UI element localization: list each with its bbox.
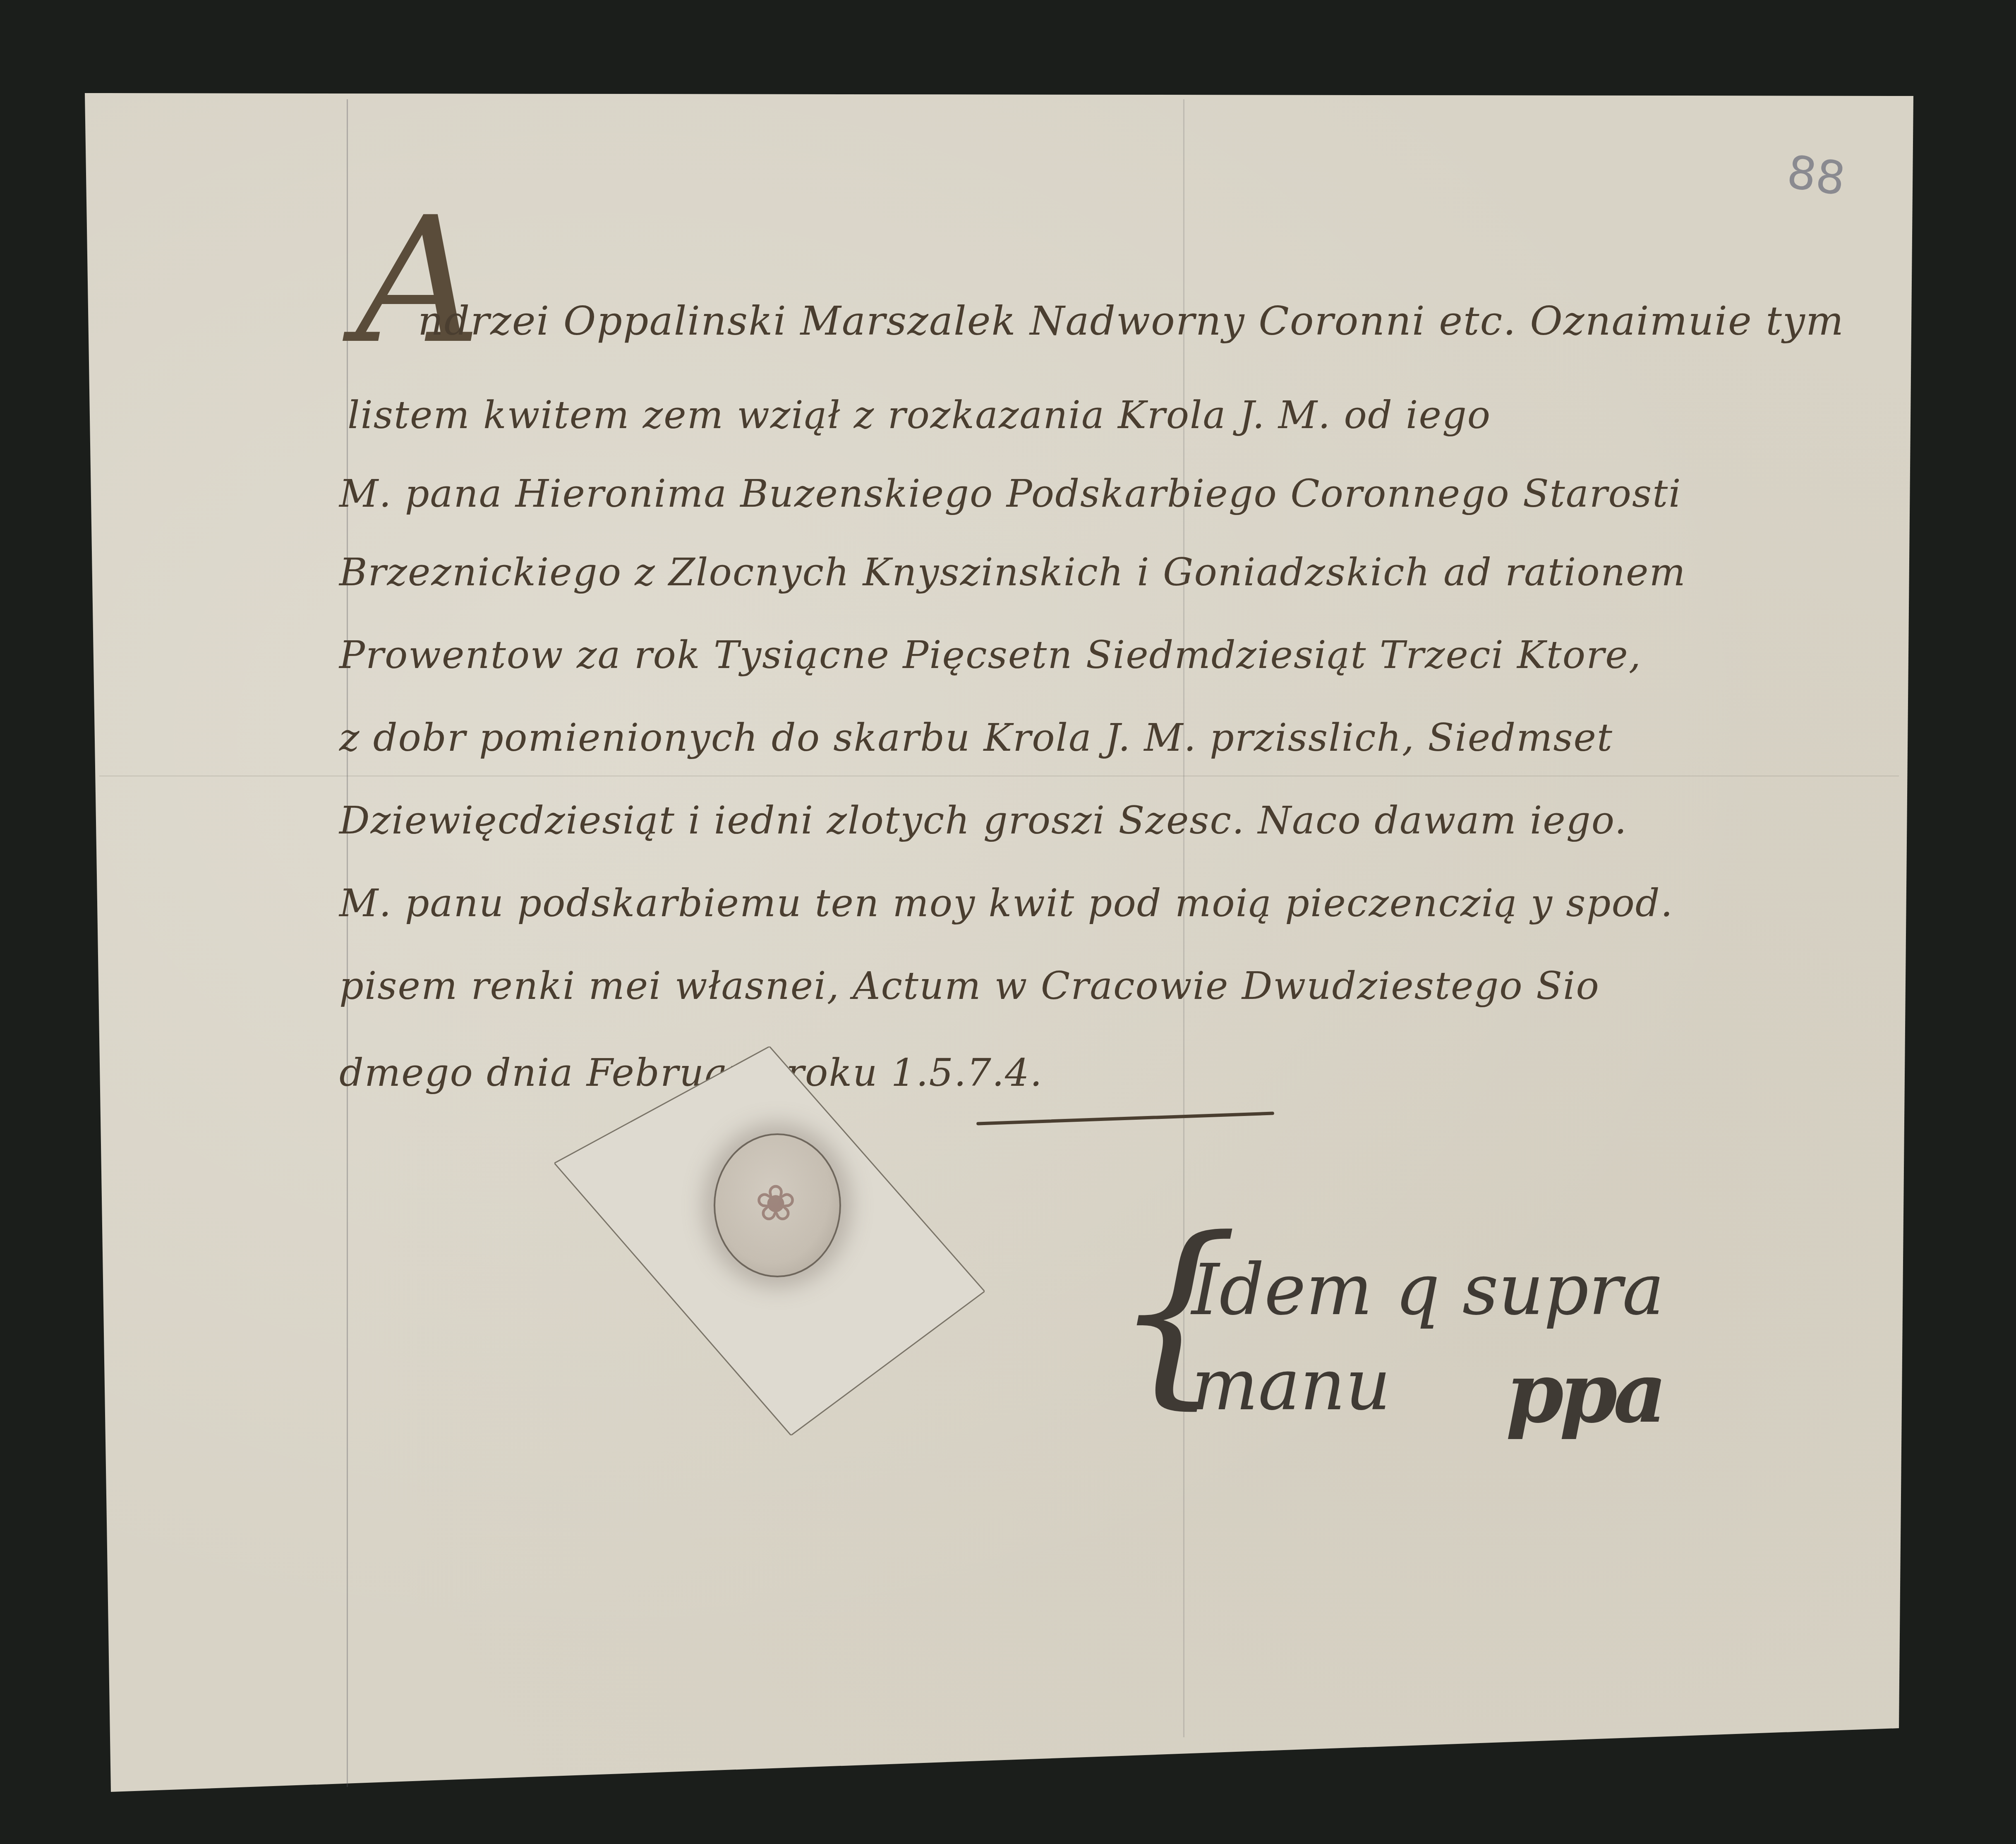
signature-line-2: manu (1191, 1344, 1391, 1426)
text-line-3: M. pana Hieronima Buzenskiego Podskarbie… (339, 472, 1682, 516)
text-line-1: ndrzei Oppalinski Marszalek Nadworny Cor… (418, 298, 1844, 344)
signature-line-1: Idem q supra (1191, 1249, 1664, 1331)
vertical-fold-left (347, 99, 348, 1787)
text-line-6: z dobr pomienionych do skarbu Krola J. M… (339, 716, 1613, 760)
coat-of-arms-icon: ❀ (736, 1158, 815, 1249)
text-line-10: dmego dnia Februarii roku 1.5.7.4. (339, 1051, 1043, 1095)
text-line-9: pisem renki mei własnei, Actum w Cracowi… (339, 964, 1600, 1008)
horizontal-fold (99, 776, 1899, 776)
signature-monogram: ppa (1506, 1344, 1663, 1442)
text-line-7: Dziewięcdziesiąt i iedni zlotych groszi … (339, 798, 1628, 843)
folio-number: 88 (1784, 145, 1848, 206)
text-line-8: M. panu podskarbiemu ten moy kwit pod mo… (339, 881, 1673, 925)
text-line-5: Prowentow za rok Tysiącne Pięcsetn Siedm… (339, 633, 1642, 677)
text-line-2: listem kwitem zem wziął z rozkazania Kro… (348, 393, 1491, 437)
text-line-4: Brzeznickiego z Zlocnych Knyszinskich i … (339, 550, 1686, 594)
